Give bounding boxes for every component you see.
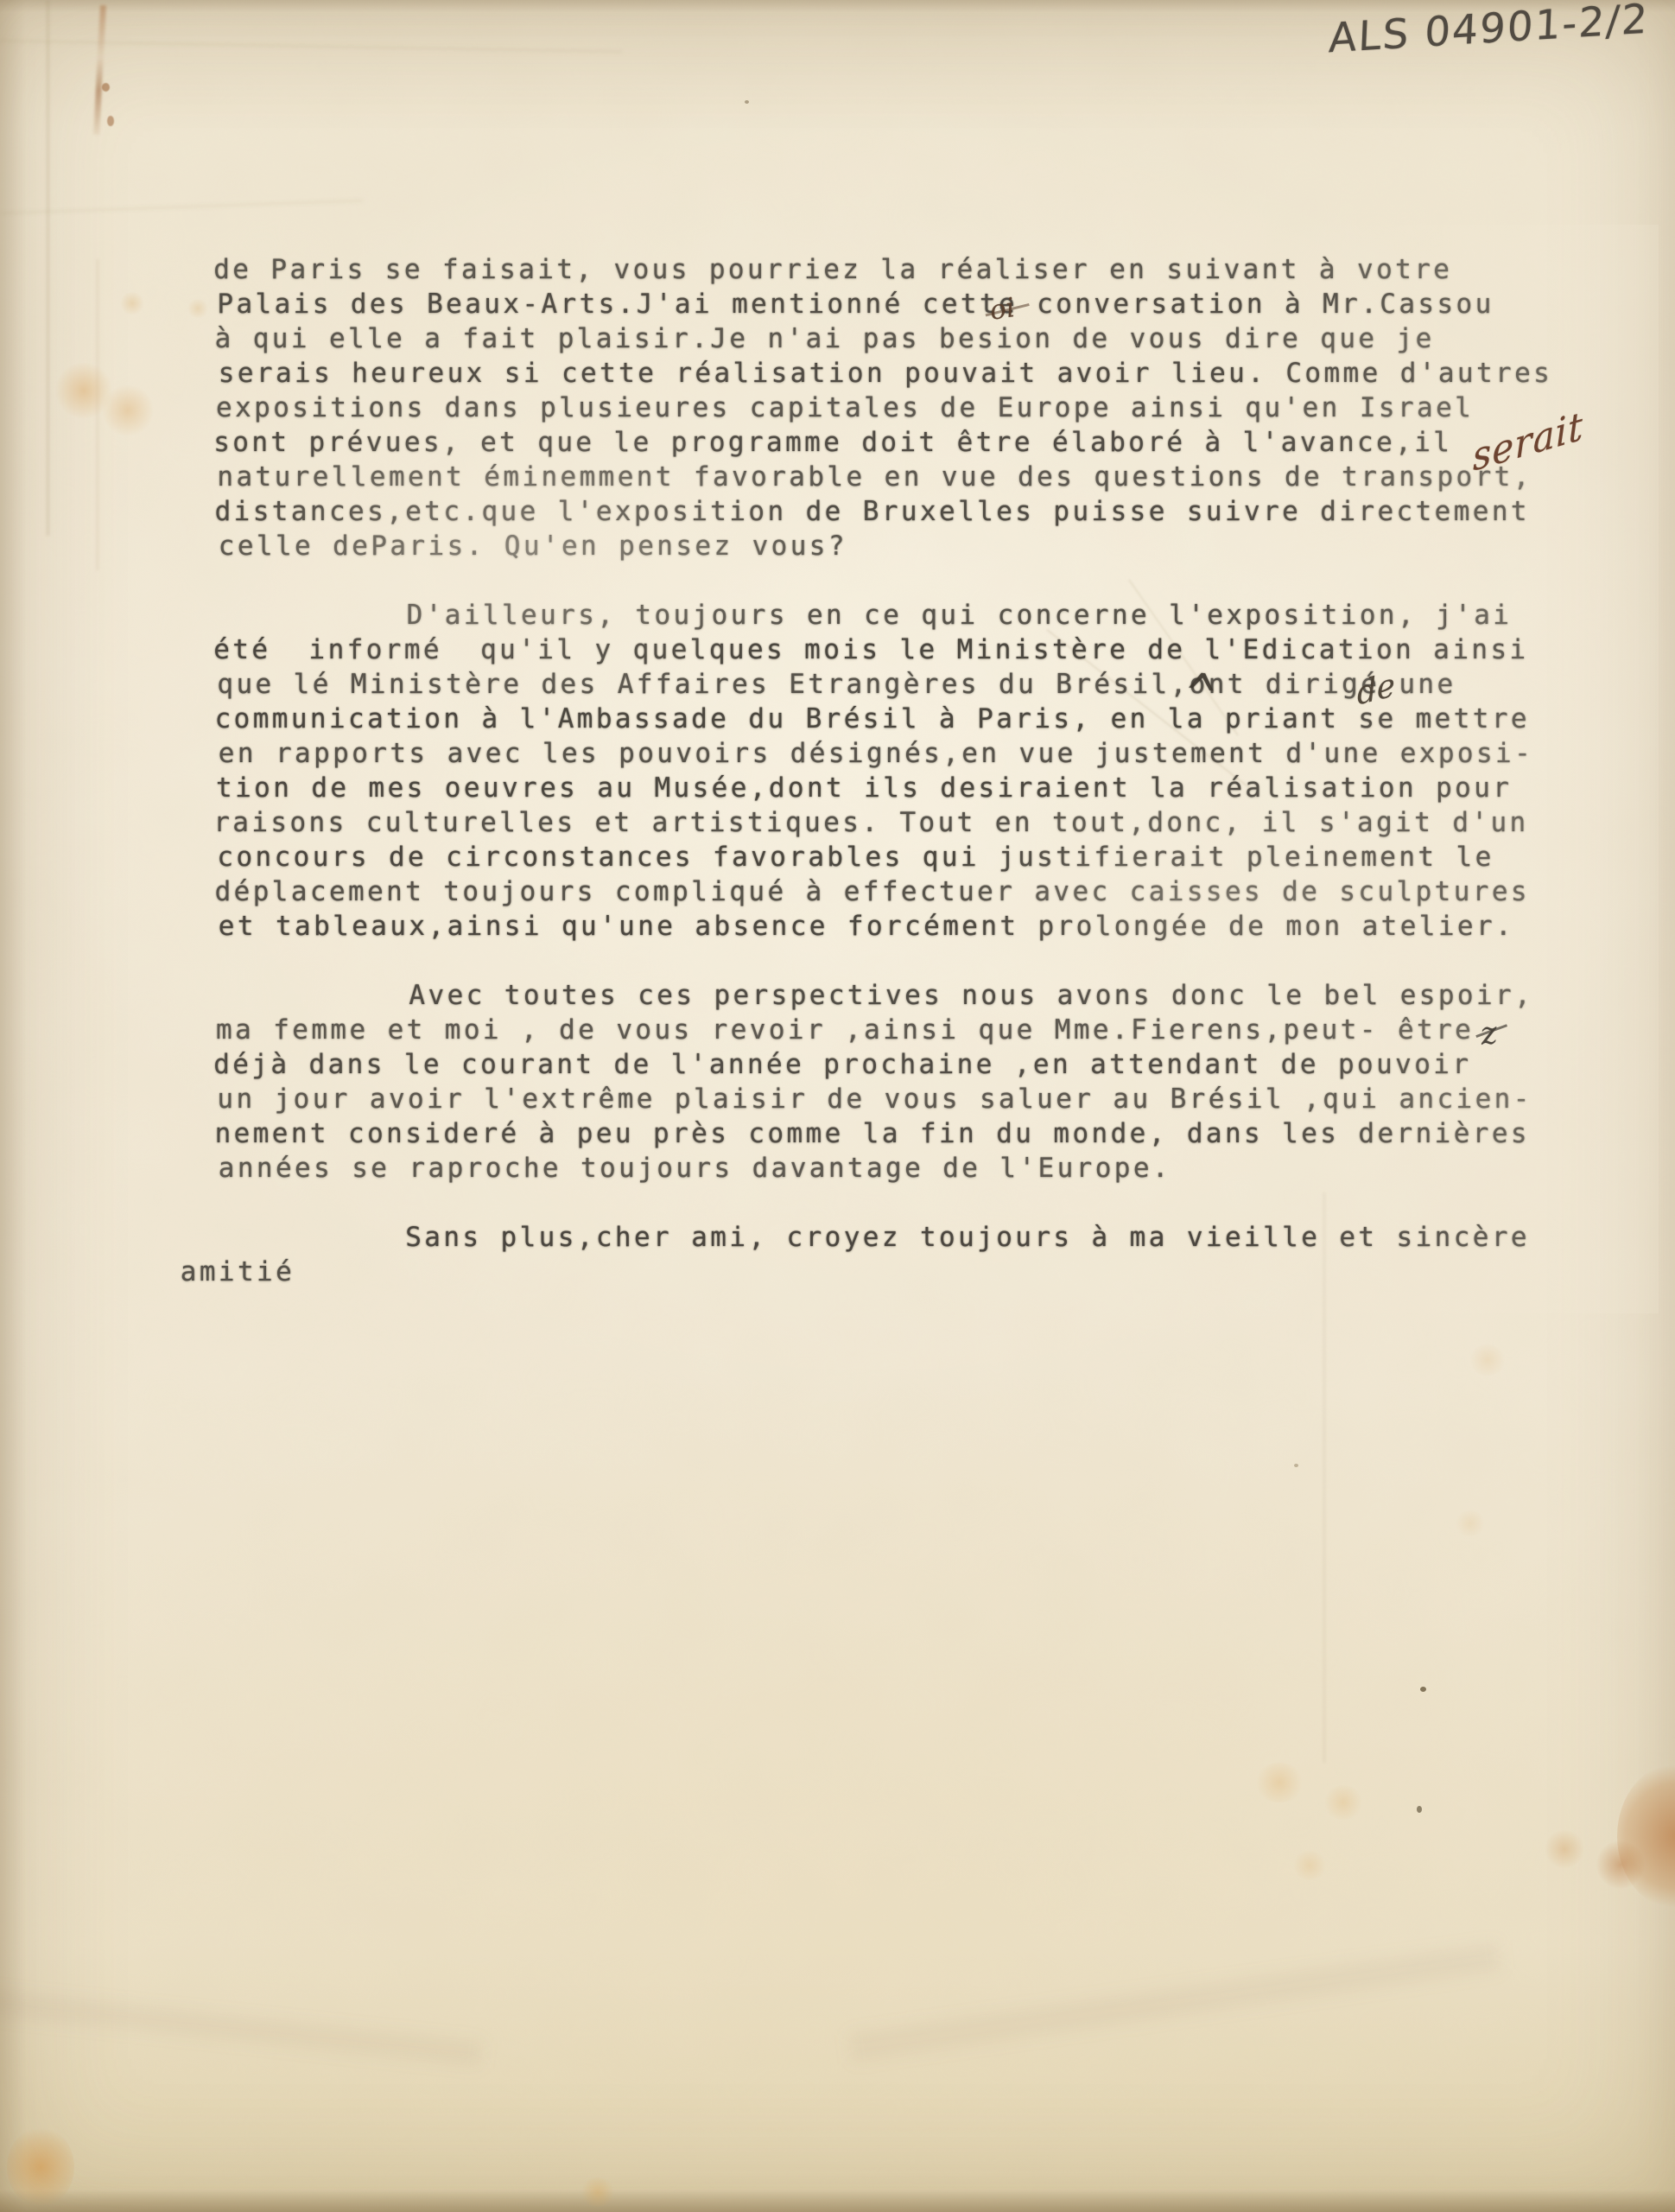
ink-speck (1294, 1464, 1298, 1467)
letter-line: communication à l'Ambassade du Brésil à … (215, 702, 1615, 736)
foxing-stain (1545, 1830, 1584, 1868)
crease-line (0, 40, 622, 54)
letter-line: serais heureux si cette réalisation pouv… (219, 356, 1618, 391)
foxing-stain (102, 384, 154, 437)
ink-speck (745, 100, 749, 104)
rust-speck (102, 83, 110, 92)
letter-line: nement consideré à peu près comme la fin… (215, 1116, 1615, 1151)
paragraph: Avec toutes ces perspectives nous avons … (216, 978, 1615, 1185)
rust-streak-stain (93, 5, 106, 135)
letter-line: un jour avoir l'extrême plaisir de vous … (217, 1082, 1616, 1116)
foxing-stain (1323, 1785, 1363, 1820)
letter-line: raisons culturelles et artistiques. Tout… (213, 805, 1613, 840)
letter-line: naturellement éminemment favorable en vu… (217, 460, 1616, 494)
paper-edge-shadow-left (0, 0, 26, 2212)
crease-line (97, 259, 98, 570)
letter-line: Sans plus,cher ami, croyez toujours à ma… (215, 1220, 1615, 1255)
letter-line: en rapports avec les pouvoirs désignés,e… (219, 736, 1618, 771)
paragraph: Sans plus,cher ami, croyez toujours à ma… (216, 1220, 1615, 1289)
foxing-stain (1292, 1851, 1327, 1880)
letter-line: celle deParis. Qu'en pensez vous? (219, 529, 1618, 563)
ink-speck (1420, 1687, 1426, 1692)
crease-line (47, 0, 49, 536)
wrinkle-shadow (0, 1986, 484, 2068)
letter-body: de Paris se faisait, vous pourriez la ré… (216, 252, 1615, 1324)
foxing-stain (119, 292, 145, 315)
letter-line: Avec toutes ces perspectives nous avons … (219, 978, 1618, 1013)
foxing-stain (1469, 1344, 1507, 1376)
rust-speck (107, 116, 114, 126)
letter-line: amitié (181, 1255, 1618, 1289)
foxing-stain (1596, 1840, 1645, 1889)
letter-line: déjà dans le courant de l'année prochain… (213, 1047, 1613, 1082)
letter-line: Palais des Beaux-Arts.J'ai mentionné cet… (217, 287, 1616, 321)
letter-line: concours de circonstances favorables qui… (217, 840, 1616, 874)
letter-line: expositions dans plusieures capitales de… (216, 391, 1615, 425)
paper-edge-shadow-bottom (0, 2190, 1675, 2212)
letter-line: été informé qu'il y quelques mois le Min… (213, 632, 1613, 667)
letter-line: distances,etc.que l'exposition de Bruxel… (215, 494, 1615, 529)
foxing-stain (54, 363, 114, 418)
foxing-stain (187, 299, 209, 318)
foxing-stain (1455, 1510, 1486, 1536)
letter-scan-page: de Paris se faisait, vous pourriez la ré… (0, 0, 1675, 2212)
crease-line (0, 200, 363, 215)
letter-line: que lé Ministère des Affaires Etrangères… (217, 667, 1616, 702)
letter-line: années se raproche toujours davantage de… (219, 1151, 1618, 1185)
letter-line: D'ailleurs, toujours en ce qui concerne … (216, 598, 1615, 632)
letter-line: tion de mes oeuvres au Musée,dont ils de… (216, 771, 1615, 805)
wrinkle-shadow (847, 1942, 1501, 2062)
paragraph: D'ailleurs, toujours en ce qui concerne … (216, 598, 1615, 944)
foxing-stain (1254, 1763, 1304, 1802)
letter-line: déplacement toujours compliqué à effectu… (215, 874, 1615, 909)
letter-line: à qui elle a fait plaisir.Je n'ai pas be… (215, 321, 1615, 356)
letter-line: et tableaux,ainsi qu'une absence forcéme… (219, 909, 1618, 944)
letter-line: sont prévues, et que le programme doit ê… (213, 425, 1613, 460)
paper-edge-shadow-top (0, 0, 1675, 12)
letter-line: de Paris se faisait, vous pourriez la ré… (213, 252, 1613, 287)
ink-speck (1417, 1806, 1422, 1813)
paragraph: de Paris se faisait, vous pourriez la ré… (216, 252, 1615, 563)
foxing-stain (1617, 1763, 1675, 1910)
letter-line: ma femme et moi , de vous revoir ,ainsi … (216, 1013, 1615, 1047)
